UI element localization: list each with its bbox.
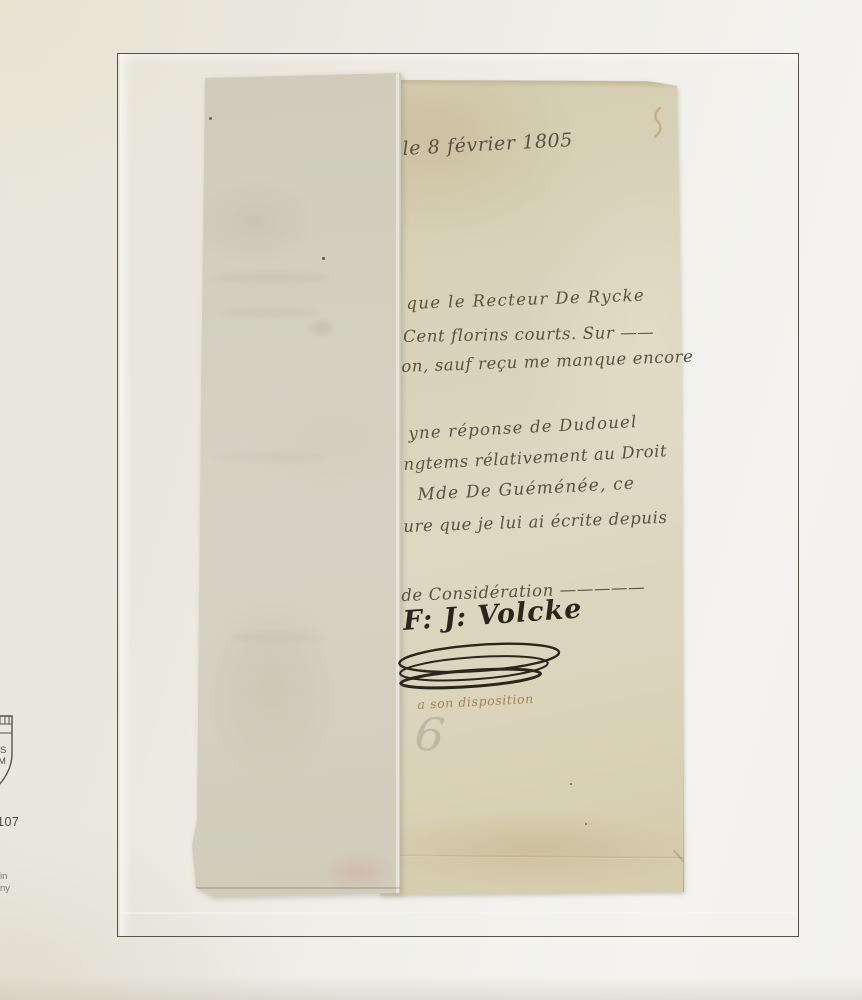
paper-speck <box>570 783 572 785</box>
pencil-mark: 6 <box>412 706 447 763</box>
svg-text:M: M <box>0 756 6 767</box>
paper-speck <box>209 117 212 120</box>
imprint-text: in ny <box>0 871 10 894</box>
strip-edge-highlight <box>396 73 399 894</box>
photo-of-album-page: S M 107 in ny <box>0 0 862 1000</box>
paper-curl <box>650 106 664 140</box>
paper-speck <box>585 823 587 825</box>
paper-speck <box>322 257 325 260</box>
page-number: 107 <box>0 815 19 829</box>
shield-crest-partial-icon: S M <box>0 712 15 792</box>
imprint-line: ny <box>0 883 10 895</box>
overlapping-paper-strip <box>192 73 402 898</box>
svg-text:S: S <box>0 745 6 756</box>
imprint-line: in <box>0 871 10 883</box>
sleeve-edge <box>120 912 796 914</box>
fold-crease <box>380 854 685 860</box>
pink-stain <box>320 851 396 893</box>
